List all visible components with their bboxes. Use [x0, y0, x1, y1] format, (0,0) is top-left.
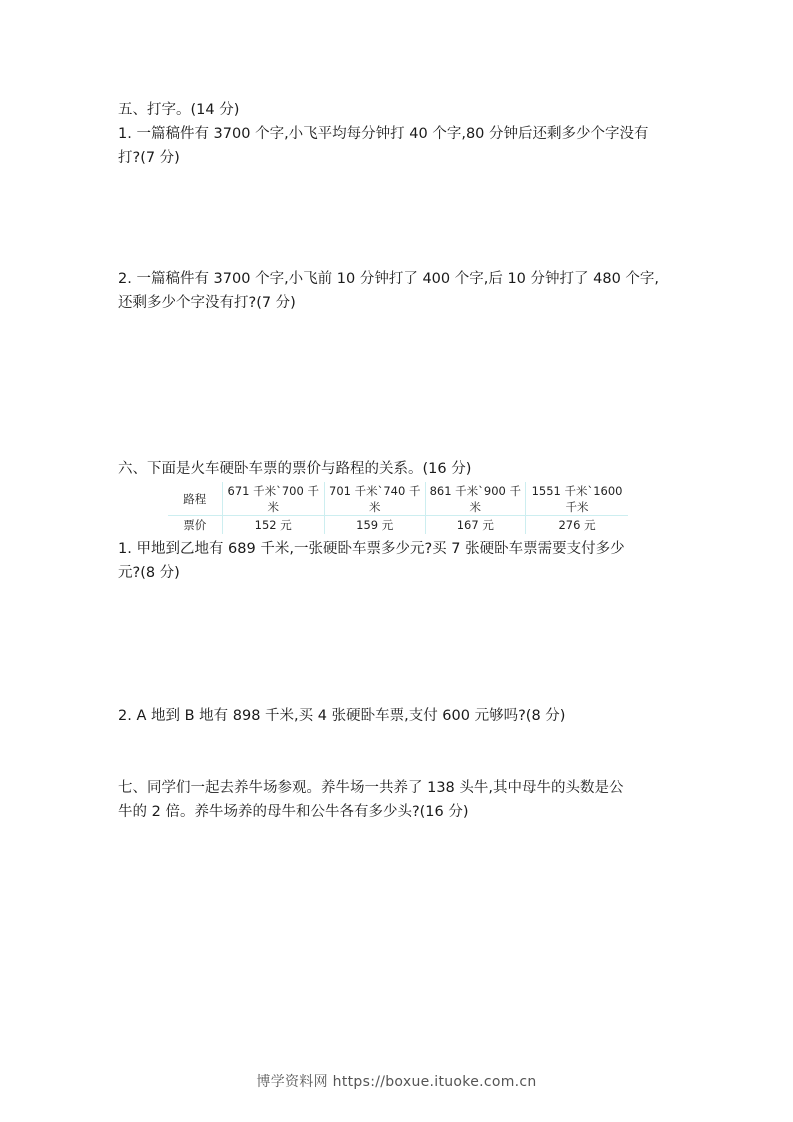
section-6-q2-line1: 2. A 地到 B 地有 898 千米,买 4 张硬卧车票,支付 600 元够吗… [118, 704, 688, 728]
section-5-q2-line1: 2. 一篇稿件有 3700 个字,小飞前 10 分钟打了 400 个字,后 10… [118, 267, 688, 291]
route-cell: 1551 千米`1600 千米 [526, 482, 628, 516]
section-6-q1-line1: 1. 甲地到乙地有 689 千米,一张硬卧车票多少元?买 7 张硬卧车票需要支付… [118, 537, 688, 561]
section-5-q1-line1: 1. 一篇稿件有 3700 个字,小飞平均每分钟打 40 个字,80 分钟后还剩… [118, 122, 688, 146]
footer-watermark: 博学资料网 https://boxue.ituoke.com.cn [0, 1071, 793, 1091]
row-header-route: 路程 [168, 482, 222, 516]
row-header-price: 票价 [168, 516, 222, 535]
table-row-price: 票价 152 元 159 元 167 元 276 元 [168, 516, 628, 535]
section-5-q2-line2: 还剩多少个字没有打?(7 分) [118, 291, 688, 315]
route-cell: 671 千米`700 千米 [222, 482, 324, 516]
price-cell: 167 元 [425, 516, 526, 535]
section-5-title: 五、打字。(14 分) [118, 98, 688, 122]
route-cell: 861 千米`900 千米 [425, 482, 526, 516]
table-row-route: 路程 671 千米`700 千米 701 千米`740 千米 861 千米`90… [168, 482, 628, 516]
route-cell: 701 千米`740 千米 [324, 482, 425, 516]
section-5-q1-line2: 打?(7 分) [118, 146, 688, 170]
price-cell: 159 元 [324, 516, 425, 535]
section-7-line2: 牛的 2 倍。养牛场养的母牛和公牛各有多少头?(16 分) [118, 800, 688, 824]
section-7-line1: 七、同学们一起去养牛场参观。养牛场一共养了 138 头牛,其中母牛的头数是公 [118, 776, 688, 800]
price-cell: 276 元 [526, 516, 628, 535]
section-6-title: 六、下面是火车硬卧车票的票价与路程的关系。(16 分) [118, 457, 688, 481]
section-6-q1-line2: 元?(8 分) [118, 561, 688, 585]
price-cell: 152 元 [222, 516, 324, 535]
ticket-price-table: 路程 671 千米`700 千米 701 千米`740 千米 861 千米`90… [168, 482, 628, 534]
